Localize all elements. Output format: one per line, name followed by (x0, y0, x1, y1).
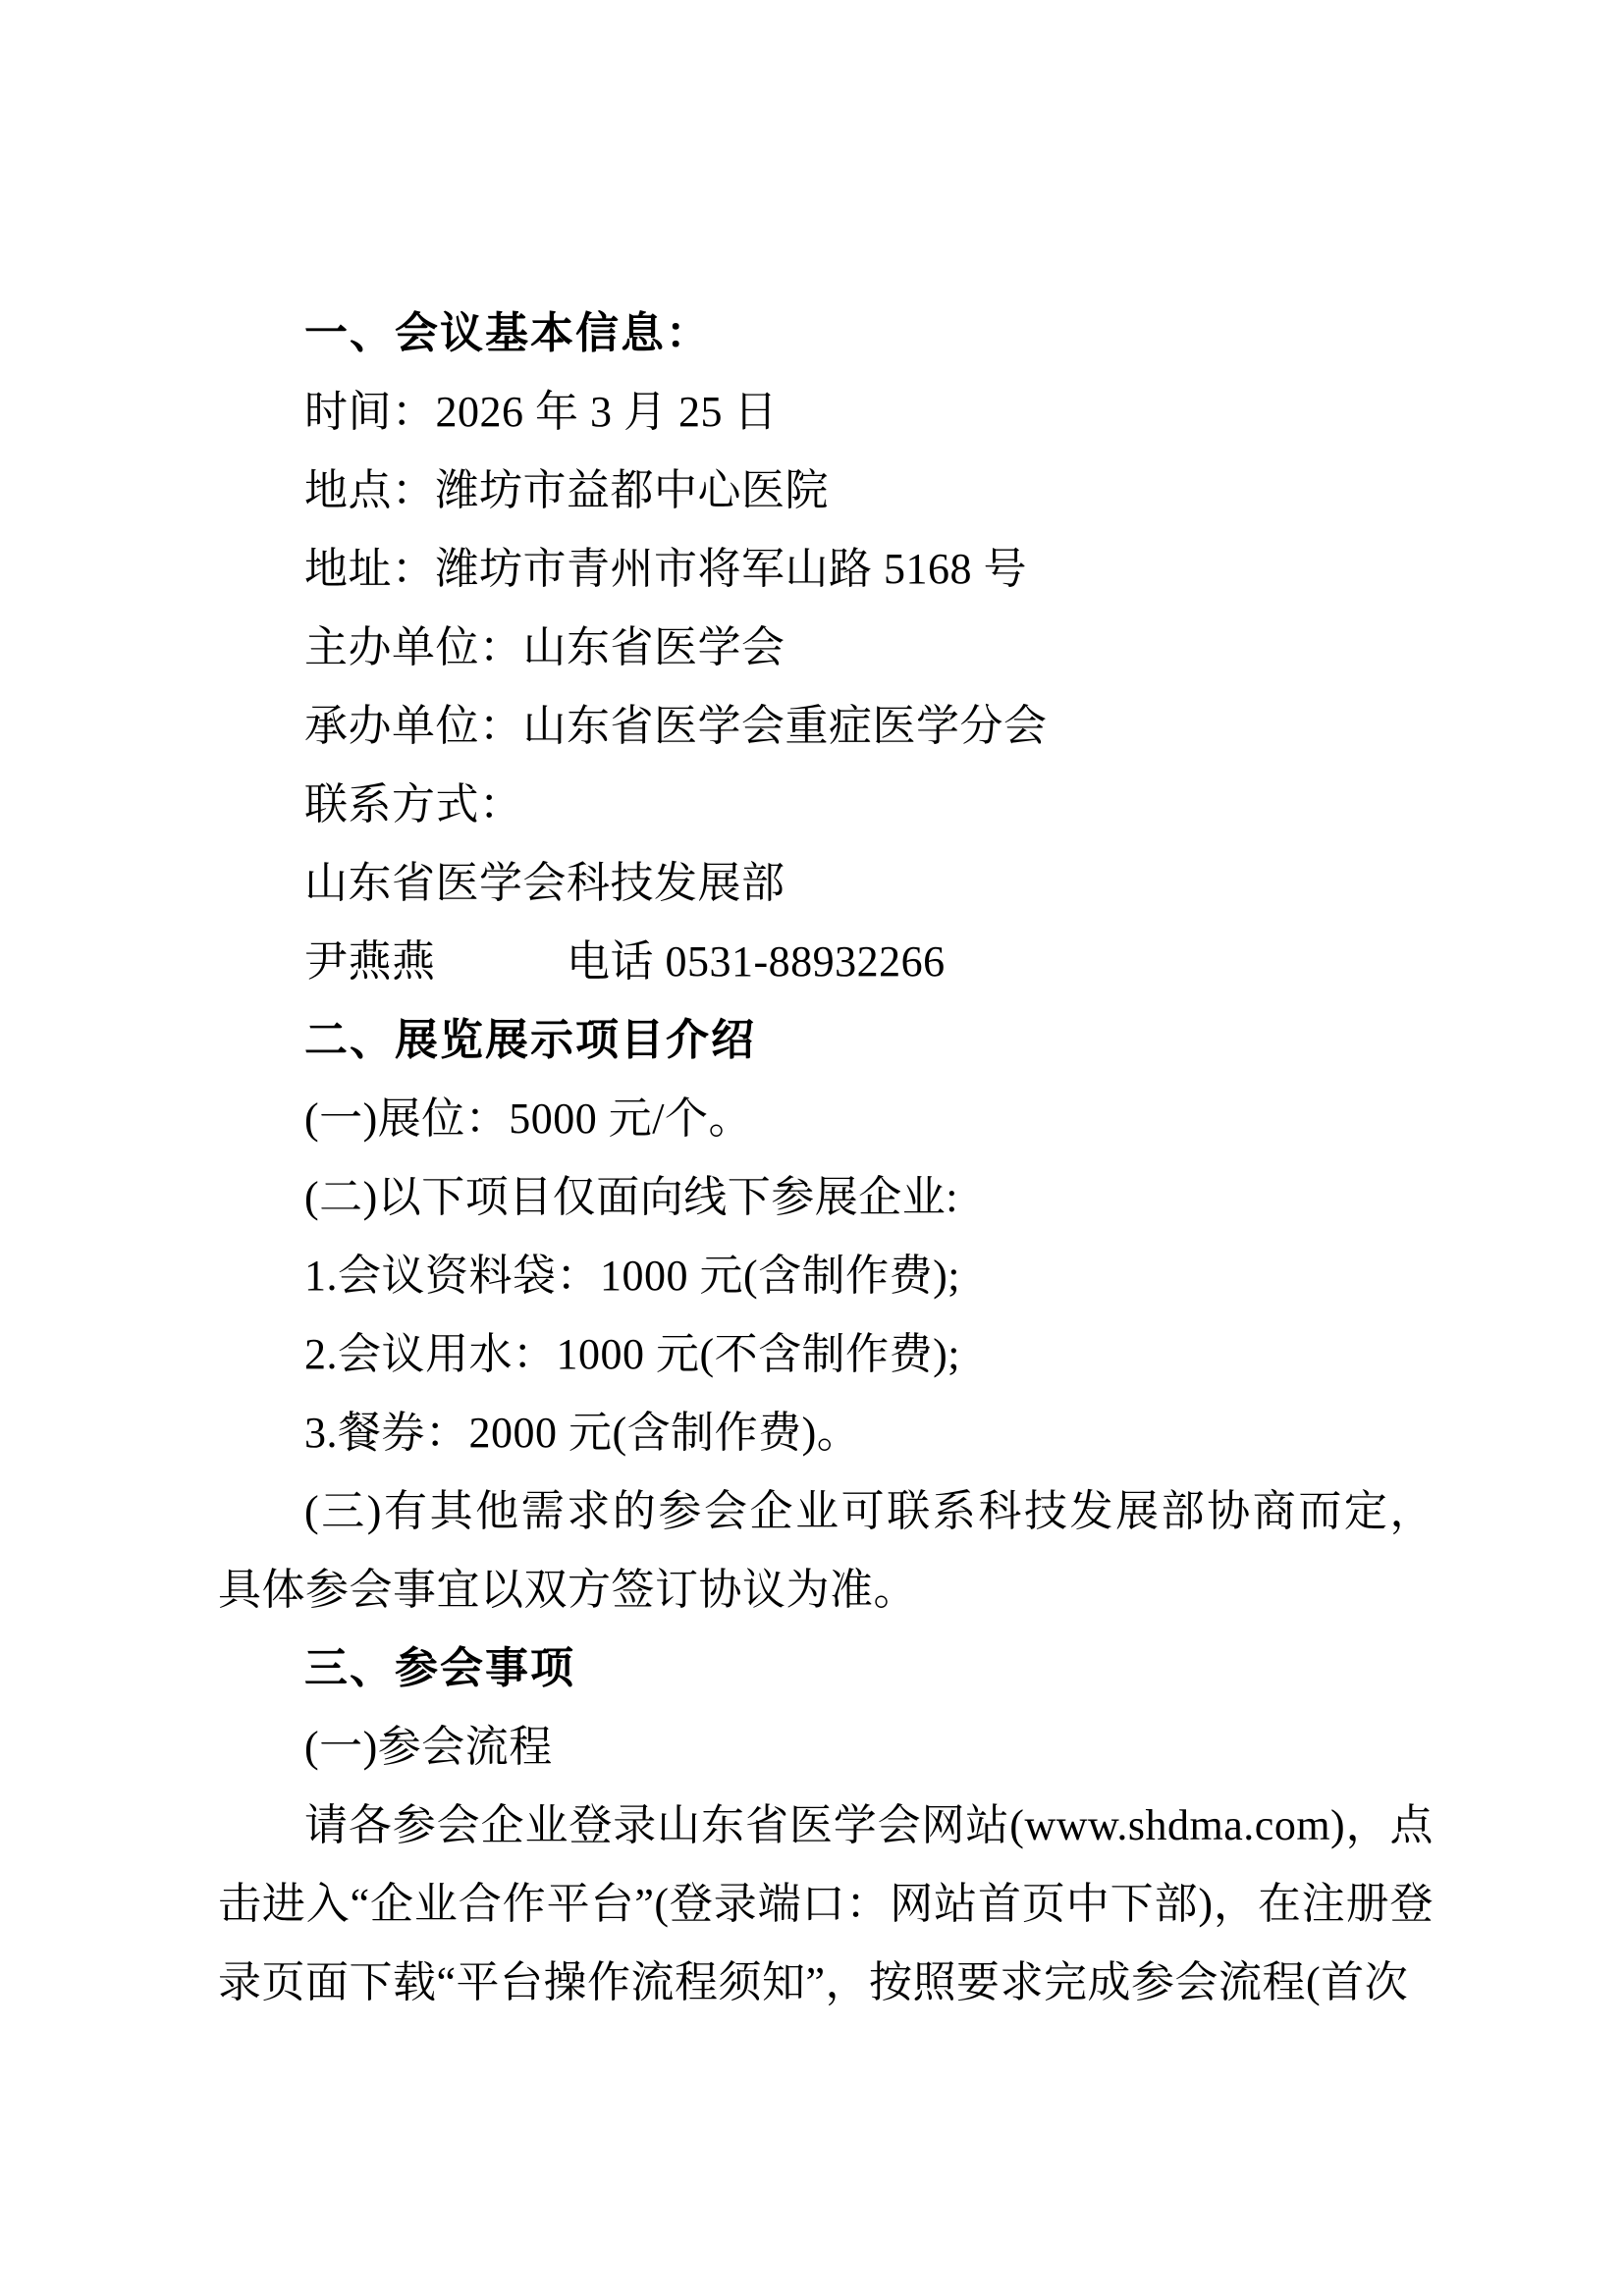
item-2-water-line: 2.会议用水：1000 元(不含制作费); (218, 1315, 1434, 1394)
process-paragraph-line-3: 录页面下载“平台操作流程须知”，按照要求完成参会流程(首次 (218, 1944, 1434, 2022)
item-3-meal-voucher-line: 3.餐券：2000 元(含制作费)。 (218, 1394, 1434, 1472)
contact-department-line: 山东省医学会科技发展部 (218, 844, 1434, 923)
process-paragraph-line-2: 击进入“企业合作平台”(登录端口：网站首页中下部)，在注册登 (218, 1865, 1434, 1944)
section-1-heading: 一、会议基本信息： (218, 294, 1434, 373)
section-2-heading: 二、展览展示项目介绍 (218, 1001, 1434, 1080)
document-body: 一、会议基本信息： 时间：2026 年 3 月 25 日 地点：潍坊市益都中心医… (218, 294, 1434, 2022)
offline-items-intro-line: (二)以下项目仅面向线下参展企业: (218, 1158, 1434, 1237)
process-paragraph-line-1: 请各参会企业登录山东省医学会网站(www.shdma.com)，点 (218, 1787, 1434, 1865)
host-organization-line: 主办单位：山东省医学会 (218, 609, 1434, 687)
document-page: 一、会议基本信息： 时间：2026 年 3 月 25 日 地点：潍坊市益都中心医… (0, 0, 1624, 2296)
contact-info-label-line: 联系方式： (218, 766, 1434, 844)
contact-person-phone-line: 尹燕燕 电话 0531-88932266 (218, 923, 1434, 1001)
organizer-line: 承办单位：山东省医学会重症医学分会 (218, 687, 1434, 766)
booth-price-line: (一)展位：5000 元/个。 (218, 1080, 1434, 1158)
other-needs-line-2: 具体参会事宜以双方签订协议为准。 (218, 1551, 1434, 1629)
meeting-time-line: 时间：2026 年 3 月 25 日 (218, 373, 1434, 452)
other-needs-line-1: (三)有其他需求的参会企业可联系科技发展部协商而定， (218, 1472, 1434, 1551)
item-1-material-bag-line: 1.会议资料袋：1000 元(含制作费); (218, 1237, 1434, 1315)
meeting-location-line: 地点：潍坊市益都中心医院 (218, 452, 1434, 530)
section-3-heading: 三、参会事项 (218, 1629, 1434, 1708)
participation-process-label: (一)参会流程 (218, 1708, 1434, 1787)
meeting-address-line: 地址：潍坊市青州市将军山路 5168 号 (218, 530, 1434, 609)
